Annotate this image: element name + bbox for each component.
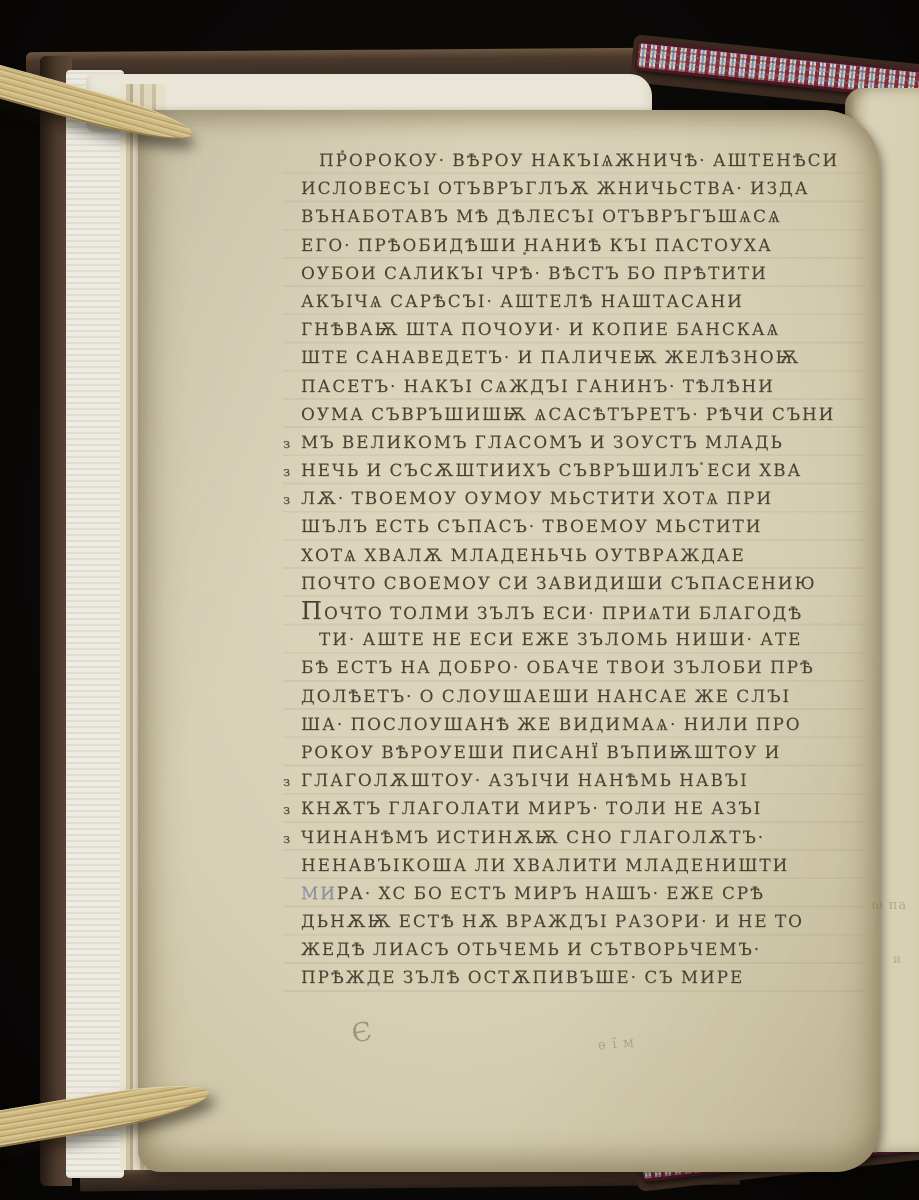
marginal-mark: з [283, 769, 301, 797]
faint-marginal-mark: ѳ ї м [597, 1034, 635, 1053]
manuscript-line: зЛѪ· ТВОЕМОУ ОУМОУ МЬСТИТИ ХОТѦ ПРИ [283, 484, 865, 512]
line-text: ШТЕ САНАВЕДЕТЪ· И ПАЛИЧЕѬ ЖЕЛѢЗНОѬ [301, 343, 800, 371]
line-text: НЕНАВЪІКОША ЛИ ХВАЛИТИ МЛАДЕНИШТИ [301, 851, 789, 879]
manuscript-line: зНЕЧЬ И СЪСѪШТИИХЪ СЪВРЪШИЛЪ ЕСИ ХВА [283, 456, 865, 484]
line-text: ЖЕДѢ ЛИАСЪ ОТЬЧЕМЬ И СЪТВОРЬЧЕМЪ· [301, 935, 761, 963]
manuscript-line: МИРА· ХС БО ЕСТЪ МИРЪ НАШЪ· ЕЖЕ СРѢ [283, 879, 865, 907]
marginal-mark: з [283, 459, 301, 487]
manuscript-line: РОКОУ ВѢРОУЕШИ ПИСАНЇ ВЪПИѬШТОУ И [283, 738, 865, 766]
manuscript-line: ЖЕДѢ ЛИАСЪ ОТЬЧЕМЬ И СЪТВОРЬЧЕМЪ· [283, 935, 865, 963]
line-text: АКЪІЧѦ САРѢСЪІ· АШТЕЛѢ НАШТАСАНИ [301, 287, 744, 315]
manuscript-line: ОУМА СЪВРЪШИШѬ ѦСАСѢТЪРЕТЪ· РѢЧИ СЪНИ [283, 400, 865, 428]
line-text: ПОЧТО ТОЛМИ ЗЪЛЪ ЕСИ· ПРИѦТИ БЛАГОДѢ [301, 597, 803, 627]
manuscript-line: ПРОРОКОУ· ВѢРОУ НАКЪІѦЖНИЧѢ· АШТЕНѢСИ [283, 146, 865, 174]
line-text: ТИ· АШТЕ НЕ ЕСИ ЕЖЕ ЗЪЛОМЬ НИШИ· АТЕ [319, 625, 802, 653]
manuscript-line: ШЪЛЪ ЕСТЬ СЪПАСЪ· ТВОЕМОУ МЬСТИТИ [283, 512, 865, 540]
text-block: ПРОРОКОУ· ВѢРОУ НАКЪІѦЖНИЧѢ· АШТЕНѢСИИСЛ… [283, 146, 865, 998]
line-text: ША· ПОСЛОУШАНѢ ЖЕ ВИДИМАѦ· НИЛИ ПРО [301, 710, 802, 738]
line-text: РОКОУ ВѢРОУЕШИ ПИСАНЇ ВЪПИѬШТОУ И [301, 738, 781, 766]
manuscript-line: ОУБОИ САЛИКЪІ ЧРѢ· ВѢСТЪ БО ПРѢТИТИ [283, 259, 865, 287]
line-text: ДОЛѢЕТЪ· О СЛОУШАЕШИ НАНСАЕ ЖЕ СЛЪІ [301, 682, 791, 710]
marginal-mark: з [283, 797, 301, 825]
ink-speck [341, 150, 344, 153]
manuscript-line: зКНѪТЪ ГЛАГОЛАТИ МИРЪ· ТОЛИ НЕ АЗЪІ [283, 794, 865, 822]
faint-marginal-mark: ω па [872, 898, 907, 913]
ink-speck [523, 252, 526, 255]
line-text: ПОЧТО СВОЕМОУ СИ ЗАВИДИШИ СЪПАСЕНИЮ [301, 569, 816, 597]
line-text: ВЪНАБОТАВЪ МѢ ДѢЛЕСЪІ ОТЪВРЪГЪШѦСѦ [301, 202, 782, 230]
line-text: ОУБОИ САЛИКЪІ ЧРѢ· ВѢСТЪ БО ПРѢТИТИ [301, 259, 768, 287]
manuscript-line: ХОТѦ ХВАЛѪ МЛАДЕНЬЧЬ ОУТВРАЖДАЕ [283, 541, 865, 569]
manuscript-line: ДЬНѪѬ ЕСТѢ НѪ ВРАЖДЪІ РАЗОРИ· И НЕ ТО [283, 907, 865, 935]
flyleaf-page-edges-left [66, 70, 124, 1178]
manuscript-line: ВЪНАБОТАВЪ МѢ ДѢЛЕСЪІ ОТЪВРЪГЪШѦСѦ [283, 202, 865, 230]
line-text: ШЪЛЪ ЕСТЬ СЪПАСЪ· ТВОЕМОУ МЬСТИТИ [301, 512, 762, 540]
manuscript-line: ША· ПОСЛОУШАНѢ ЖЕ ВИДИМАѦ· НИЛИ ПРО [283, 710, 865, 738]
colored-initial: МИ [301, 883, 337, 903]
manuscript-line: АКЪІЧѦ САРѢСЪІ· АШТЕЛѢ НАШТАСАНИ [283, 287, 865, 315]
line-text: ХОТѦ ХВАЛѪ МЛАДЕНЬЧЬ ОУТВРАЖДАЕ [301, 541, 746, 569]
line-text: НЕЧЬ И СЪСѪШТИИХЪ СЪВРЪШИЛЪ ЕСИ ХВА [301, 456, 802, 484]
manuscript-line: ДОЛѢЕТЪ· О СЛОУШАЕШИ НАНСАЕ ЖЕ СЛЪІ [283, 682, 865, 710]
line-text: ПРОРОКОУ· ВѢРОУ НАКЪІѦЖНИЧѢ· АШТЕНѢСИ [319, 146, 839, 174]
marginal-mark: з [283, 431, 301, 459]
marginal-mark: з [283, 826, 301, 854]
line-text: РА· ХС БО ЕСТЪ МИРЪ НАШЪ· ЕЖЕ СРѢ [337, 879, 765, 907]
faint-marginal-mark: и [893, 952, 902, 966]
manuscript-line: БѢ ЕСТЪ НА ДОБРО· ОБАЧЕ ТВОИ ЗЪЛОБИ ПРѢ [283, 653, 865, 681]
manuscript-line: ШТЕ САНАВЕДЕТЪ· И ПАЛИЧЕѬ ЖЕЛѢЗНОѬ [283, 343, 865, 371]
photographed-manuscript-scene: ПРОРОКОУ· ВѢРОУ НАКЪІѦЖНИЧѢ· АШТЕНѢСИИСЛ… [0, 0, 919, 1200]
line-text: МЪ ВЕЛИКОМЪ ГЛАСОМЪ И ЗОУСТЪ МЛАДЬ [301, 428, 784, 456]
manuscript-line: зЧИНАНѢМЪ ИСТИНѪѬ СНО ГЛАГОЛѪТЪ· [283, 823, 865, 851]
manuscript-line: ГНѢВАѬ ШТА ПОЧОУИ· И КОПИЕ БАНСКАѦ [283, 315, 865, 343]
line-text: ОУМА СЪВРЪШИШѬ ѦСАСѢТЪРЕТЪ· РѢЧИ СЪНИ [301, 400, 835, 428]
line-text: ДЬНѪѬ ЕСТѢ НѪ ВРАЖДЪІ РАЗОРИ· И НЕ ТО [301, 907, 804, 935]
line-text: КНѪТЪ ГЛАГОЛАТИ МИРЪ· ТОЛИ НЕ АЗЪІ [301, 794, 762, 822]
line-text: ПАСЕТЪ· НАКЪІ СѦЖДЪІ ГАНИНЪ· ТѢЛѢНИ [301, 372, 775, 400]
line-text: ПРѢЖДЕ ЗЪЛѢ ОСТѪПИВЪШЕ· СЪ МИРЕ [301, 963, 744, 991]
manuscript-line: ПОЧТО СВОЕМОУ СИ ЗАВИДИШИ СЪПАСЕНИЮ [283, 569, 865, 597]
marginal-mark: з [283, 487, 301, 515]
manuscript-line: ПАСЕТЪ· НАКЪІ СѦЖДЪІ ГАНИНЪ· ТѢЛѢНИ [283, 372, 865, 400]
ink-speck [700, 462, 703, 465]
line-text: БѢ ЕСТЪ НА ДОБРО· ОБАЧЕ ТВОИ ЗЪЛОБИ ПРѢ [301, 653, 815, 681]
manuscript-line: ПРѢЖДЕ ЗЪЛѢ ОСТѪПИВЪШЕ· СЪ МИРЕ [283, 963, 865, 991]
manuscript-line: НЕНАВЪІКОША ЛИ ХВАЛИТИ МЛАДЕНИШТИ [283, 851, 865, 879]
manuscript-line: зМЪ ВЕЛИКОМЪ ГЛАСОМЪ И ЗОУСТЪ МЛАДЬ [283, 428, 865, 456]
manuscript-line: зГЛАГОЛѪШТОУ· АЗЪІЧИ НАНѢМЬ НАВЪІ [283, 766, 865, 794]
manuscript-line: ЕГО· ПРѢОБИДѢШИ НАНИѢ КЪІ ПАСТОУХА [283, 231, 865, 259]
manuscript-line: ИСЛОВЕСЪІ ОТЪВРЪГЛЪѪ ЖНИЧЬСТВА· ИЗДА [283, 174, 865, 202]
manuscript-line: ТИ· АШТЕ НЕ ЕСИ ЕЖЕ ЗЪЛОМЬ НИШИ· АТЕ [283, 625, 865, 653]
line-text: ИСЛОВЕСЪІ ОТЪВРЪГЛЪѪ ЖНИЧЬСТВА· ИЗДА [301, 174, 809, 202]
line-text: ГЛАГОЛѪШТОУ· АЗЪІЧИ НАНѢМЬ НАВЪІ [301, 766, 749, 794]
line-text: ГНѢВАѬ ШТА ПОЧОУИ· И КОПИЕ БАНСКАѦ [301, 315, 781, 343]
manuscript-line: ПОЧТО ТОЛМИ ЗЪЛЪ ЕСИ· ПРИѦТИ БЛАГОДѢ [283, 597, 865, 625]
line-text: ЕГО· ПРѢОБИДѢШИ НАНИѢ КЪІ ПАСТОУХА [301, 231, 773, 259]
line-text: ЧИНАНѢМЪ ИСТИНѪѬ СНО ГЛАГОЛѪТЪ· [301, 823, 765, 851]
line-text: ЛѪ· ТВОЕМОУ ОУМОУ МЬСТИТИ ХОТѦ ПРИ [301, 484, 773, 512]
